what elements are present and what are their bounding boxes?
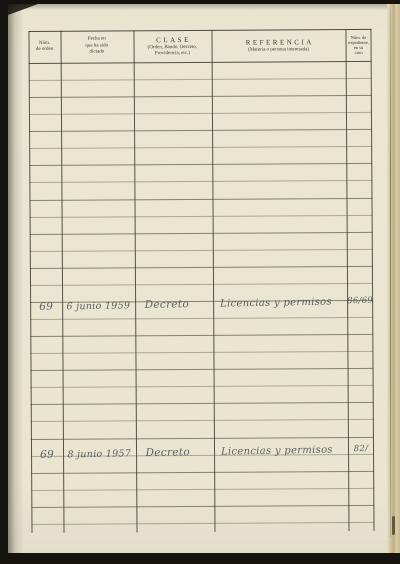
grid-row-line bbox=[30, 249, 373, 252]
entry2-clase: Decreto bbox=[135, 446, 214, 459]
header-clase: CLASE (Orden, Bando, Decreto, Providenci… bbox=[133, 30, 212, 62]
grid-row-line bbox=[29, 129, 372, 132]
grid-row-line bbox=[31, 368, 374, 371]
grid-row-line bbox=[29, 112, 372, 115]
grid-row-line bbox=[31, 402, 374, 405]
entry1-num: 69 bbox=[30, 301, 62, 314]
entry2-fecha: 8 junio 1957 bbox=[63, 448, 136, 460]
table-header-row: Núm. de orden Fecha en que ha sido dicta… bbox=[28, 29, 371, 63]
header-num-orden: Núm. de orden bbox=[28, 31, 60, 63]
entry1-expediente: 86/69 bbox=[347, 296, 373, 306]
entry1-referencia: Licencias y permisos bbox=[213, 296, 347, 309]
top-shadow bbox=[8, 4, 400, 10]
grid-row-line bbox=[29, 197, 372, 200]
register-page: Núm. de orden Fecha en que ha sido dicta… bbox=[8, 4, 400, 553]
entry1-clase: Decreto bbox=[135, 298, 214, 311]
scanned-register-page: { "table": { "headers": { "num_orden": {… bbox=[0, 0, 400, 564]
grid-row-line bbox=[31, 505, 374, 508]
entry1-fecha: 6 junio 1959 bbox=[62, 300, 135, 312]
grid-row-line bbox=[29, 163, 372, 166]
header-referencia-sub1: (Materia o persona interesada) bbox=[248, 47, 309, 53]
grid-row-line bbox=[30, 283, 373, 286]
grid-row-line bbox=[30, 232, 373, 235]
page-edge-crease bbox=[390, 10, 392, 537]
grid-row-line bbox=[30, 317, 373, 320]
header-num-orden-line2: de orden bbox=[36, 47, 53, 54]
header-referencia: REFERENCIA (Materia o persona interesada… bbox=[211, 29, 345, 62]
header-clase-sub2: Providencia, etc.) bbox=[155, 51, 190, 57]
entry2-referencia: Licencias y permisos bbox=[214, 444, 348, 457]
grid-row-line bbox=[31, 385, 374, 388]
header-clase-title: CLASE bbox=[154, 36, 191, 45]
register-table: Núm. de orden Fecha en que ha sido dicta… bbox=[28, 29, 374, 537]
header-fecha-line3: dictado bbox=[89, 50, 104, 57]
corner-shadow bbox=[8, 4, 38, 15]
header-expediente: Núm. de expediente, en su caso bbox=[345, 29, 371, 61]
grid-row-line bbox=[31, 471, 374, 474]
grid-row-line bbox=[29, 180, 372, 183]
entry2-num: 69 bbox=[31, 449, 63, 462]
grid-row-line bbox=[30, 266, 373, 269]
grid-row-line bbox=[29, 78, 372, 81]
entry2-expediente: 82/ bbox=[348, 444, 374, 454]
grid-row-line bbox=[31, 488, 374, 491]
grid-row-line bbox=[30, 215, 373, 218]
binding-shadow bbox=[8, 4, 24, 553]
header-expediente-line4: caso bbox=[355, 50, 363, 55]
grid-row-line bbox=[30, 334, 373, 337]
grid-row-line bbox=[31, 522, 374, 525]
grid-row-line bbox=[30, 351, 373, 354]
edge-ink-mark bbox=[392, 516, 395, 535]
grid-row-line bbox=[29, 95, 372, 98]
header-fecha: Fecha en que ha sido dictado bbox=[60, 30, 133, 62]
grid-row-line bbox=[31, 419, 374, 422]
grid-row-line bbox=[29, 146, 372, 149]
header-referencia-title: REFERENCIA bbox=[243, 38, 314, 47]
